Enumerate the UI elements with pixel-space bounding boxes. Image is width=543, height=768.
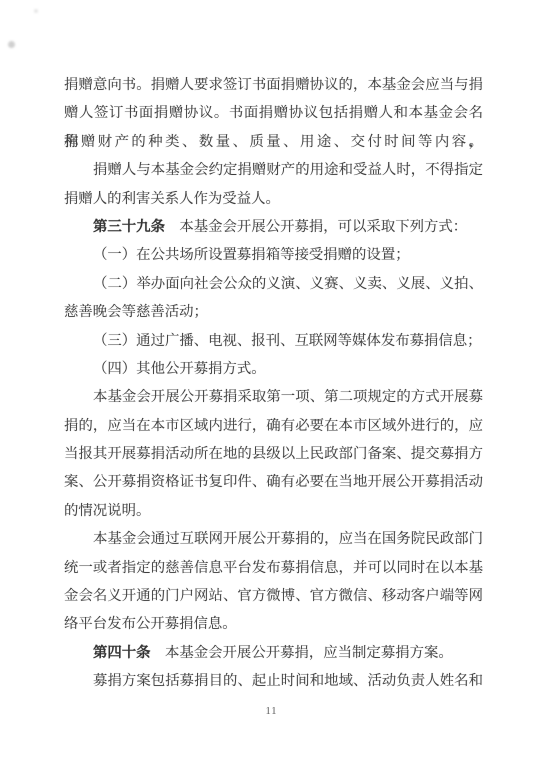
text-line: 慈善晚会等慈善活动；	[64, 298, 483, 326]
text-line: 捐的，应当在本市区域内进行，确有必要在本市区域外进行的，应	[64, 412, 483, 440]
text-run: 本基金会开展公开募捐采取第一项、第二项规定的方式开展募	[93, 389, 483, 405]
text-run: 本基金会开展公开募捐，可以采取下列方式：	[165, 219, 467, 235]
text-line: 捐赠财产的种类、数量、质量、用途、交付时间等内容。	[64, 128, 483, 156]
text-run: 本基金会开展公开募捐，应当制定募捐方案。	[151, 645, 453, 661]
text-line: 第三十九条 本基金会开展公开募捐，可以采取下列方式：	[64, 213, 483, 241]
text-line: 统一或者指定的慈善信息平台发布募捐信息，并可以同时在以本基	[64, 554, 483, 582]
text-run: 慈善晚会等慈善活动；	[64, 304, 208, 320]
text-line: （二）举办面向社会公众的义演、义赛、义卖、义展、义拍、	[64, 270, 483, 298]
text-line: 第四十条 本基金会开展公开募捐，应当制定募捐方案。	[64, 639, 483, 667]
text-run: 捐赠人与本基金会约定捐赠财产的用途和受益人时，不得指定	[93, 162, 483, 178]
text-line: 络平台发布公开募捐信息。	[64, 610, 483, 638]
text-line: 赠人签订书面捐赠协议。书面捐赠协议包括捐赠人和本基金会名称，	[64, 99, 483, 127]
text-line: 捐赠意向书。捐赠人要求签订书面捐赠协议的，本基金会应当与捐	[64, 71, 483, 99]
text-run: 统一或者指定的慈善信息平台发布募捐信息，并可以同时在以本基	[64, 560, 483, 576]
text-run: 的情况说明。	[64, 503, 150, 519]
text-run: （四）其他公开募捐方式。	[93, 361, 266, 377]
document-page: 捐赠意向书。捐赠人要求签订书面捐赠协议的，本基金会应当与捐赠人签订书面捐赠协议。…	[0, 0, 543, 768]
text-line: （四）其他公开募捐方式。	[64, 355, 483, 383]
text-line: 捐赠人与本基金会约定捐赠财产的用途和受益人时，不得指定	[64, 156, 483, 184]
text-run: （三）通过广播、电视、报刊、互联网等媒体发布募捐信息；	[93, 333, 482, 349]
page-number: 11	[0, 706, 543, 717]
text-run: 本基金会通过互联网开展公开募捐的，应当在国务院民政部门	[93, 531, 483, 547]
text-run: 募捐方案包括募捐目的、起止时间和地域、活动负责人姓名和	[93, 673, 483, 689]
text-run: 当报其开展募捐活动所在地的县级以上民政部门备案、提交募捐方	[64, 446, 483, 462]
text-run: 捐赠人的利害关系人作为受益人。	[64, 191, 280, 207]
text-line: 当报其开展募捐活动所在地的县级以上民政部门备案、提交募捐方	[64, 440, 483, 468]
document-lines: 捐赠意向书。捐赠人要求签订书面捐赠协议的，本基金会应当与捐赠人签订书面捐赠协议。…	[64, 71, 483, 696]
text-run: 捐的，应当在本市区域内进行，确有必要在本市区域外进行的，应	[64, 418, 483, 434]
text-line: （一）在公共场所设置募捐箱等接受捐赠的设置；	[64, 241, 483, 269]
text-line: 募捐方案包括募捐目的、起止时间和地域、活动负责人姓名和	[64, 667, 483, 695]
scan-speck	[34, 9, 38, 13]
text-line: 的情况说明。	[64, 497, 483, 525]
text-run: 络平台发布公开募捐信息。	[64, 616, 237, 632]
text-run: 捐赠意向书。捐赠人要求签订书面捐赠协议的，本基金会应当与捐	[64, 77, 483, 93]
text-line: 金会名义开通的门户网站、官方微博、官方微信、移动客户端等网	[64, 582, 483, 610]
text-line: 本基金会通过互联网开展公开募捐的，应当在国务院民政部门	[64, 525, 483, 553]
text-run: 金会名义开通的门户网站、官方微博、官方微信、移动客户端等网	[64, 588, 483, 604]
text-run: 案、公开募捐资格证书复印件、确有必要在当地开展公开募捐活动	[64, 474, 483, 490]
scan-speck	[8, 41, 15, 48]
text-run: （二）举办面向社会公众的义演、义赛、义卖、义展、义拍、	[93, 276, 483, 292]
text-run: 捐赠财产的种类、数量、质量、用途、交付时间等内容。	[64, 134, 483, 150]
text-line: 案、公开募捐资格证书复印件、确有必要在当地开展公开募捐活动	[64, 468, 483, 496]
text-line: （三）通过广播、电视、报刊、互联网等媒体发布募捐信息；	[64, 327, 483, 355]
text-run: （一）在公共场所设置募捐箱等接受捐赠的设置；	[93, 247, 410, 263]
text-line: 捐赠人的利害关系人作为受益人。	[64, 185, 483, 213]
text-line: 本基金会开展公开募捐采取第一项、第二项规定的方式开展募	[64, 383, 483, 411]
article-heading: 第四十条	[93, 645, 151, 661]
article-heading: 第三十九条	[93, 219, 165, 235]
